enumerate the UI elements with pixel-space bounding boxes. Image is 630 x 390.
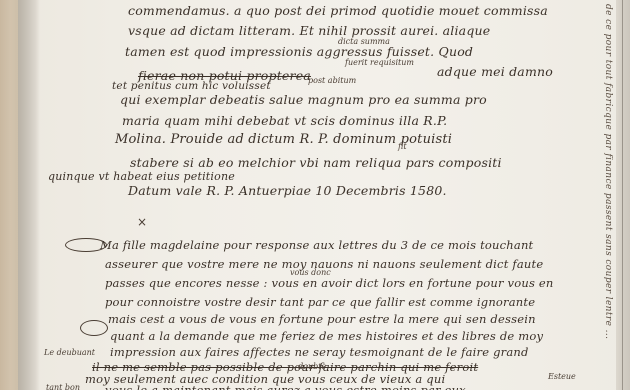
latin-insert-fuerit-requisitum: fuerit requisitum [345,58,414,67]
separator-x-mark: × [137,215,147,229]
manuscript-page: de ce pour tout fabricque par finance pa… [0,0,630,390]
book-binding [0,0,18,390]
french-insert-esteue: Esteue [548,372,576,381]
page-edge-rule [622,0,623,390]
margin-note-left-2: tant bon [46,383,80,390]
latin-line-10: quinque vt habeat eius petitione [48,170,235,183]
latin-insert-post-abitum: post abitum [308,76,356,85]
flourish-loop-2 [80,320,108,336]
latin-line-4-right: adque mei damno [437,64,553,79]
french-line-10: vous le a maintenant mais aurez a vous e… [105,383,466,390]
latin-line-3: tamen est quod impressionis aggressus fu… [125,44,473,59]
page-edge-right [616,0,630,390]
french-line-5: mais cest a vous de vous en fortune pour… [108,312,536,326]
latin-closing-line: Datum vale R. P. Antuerpiae 10 Decembris… [128,183,447,198]
french-line-6: quant a la demande que me feriez de mes … [110,329,543,343]
french-line-1: Ma fille magdelaine pour response aux le… [100,238,533,252]
latin-insert-fit: fit [398,142,407,151]
latin-line-1: commendamus. a quo post dei primod quoti… [128,3,548,18]
latin-line-5: tet penitus cum hic voluisset [112,80,271,92]
latin-line-9: stabere si ab eo melchior vbi nam reliqu… [130,155,502,170]
latin-line-6: qui exemplar debeatis salue magnum pro e… [120,92,487,107]
gutter-shadow [18,0,40,390]
right-margin-vertical-text: de ce pour tout fabricque par finance pa… [595,4,613,384]
latin-line-7: maria quam mihi debebat vt scis dominus … [122,113,447,128]
french-insert-doubte: doubte [298,362,326,371]
margin-note-left-1: Le deubuant [44,348,95,357]
french-line-7: impression aux faires affectes ne seray … [110,345,529,359]
latin-line-2: vsque ad dictam litteram. Et nihil pross… [128,23,490,38]
french-line-3: passes que encores nesse : vous en avoir… [105,276,554,290]
french-line-4: pour connoistre vostre desir tant par ce… [105,295,535,309]
